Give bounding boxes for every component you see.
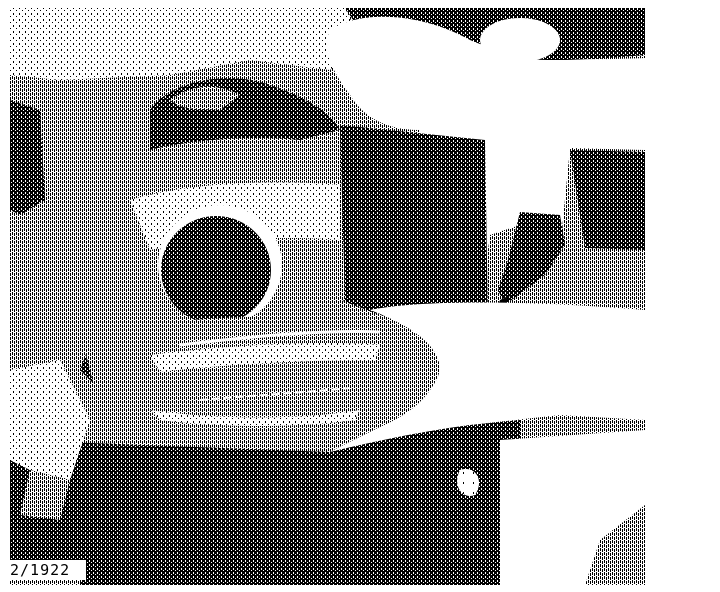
photo-content [10, 8, 645, 585]
photo-caption-label: 2/1922 [6, 560, 86, 580]
photograph [0, 0, 720, 592]
